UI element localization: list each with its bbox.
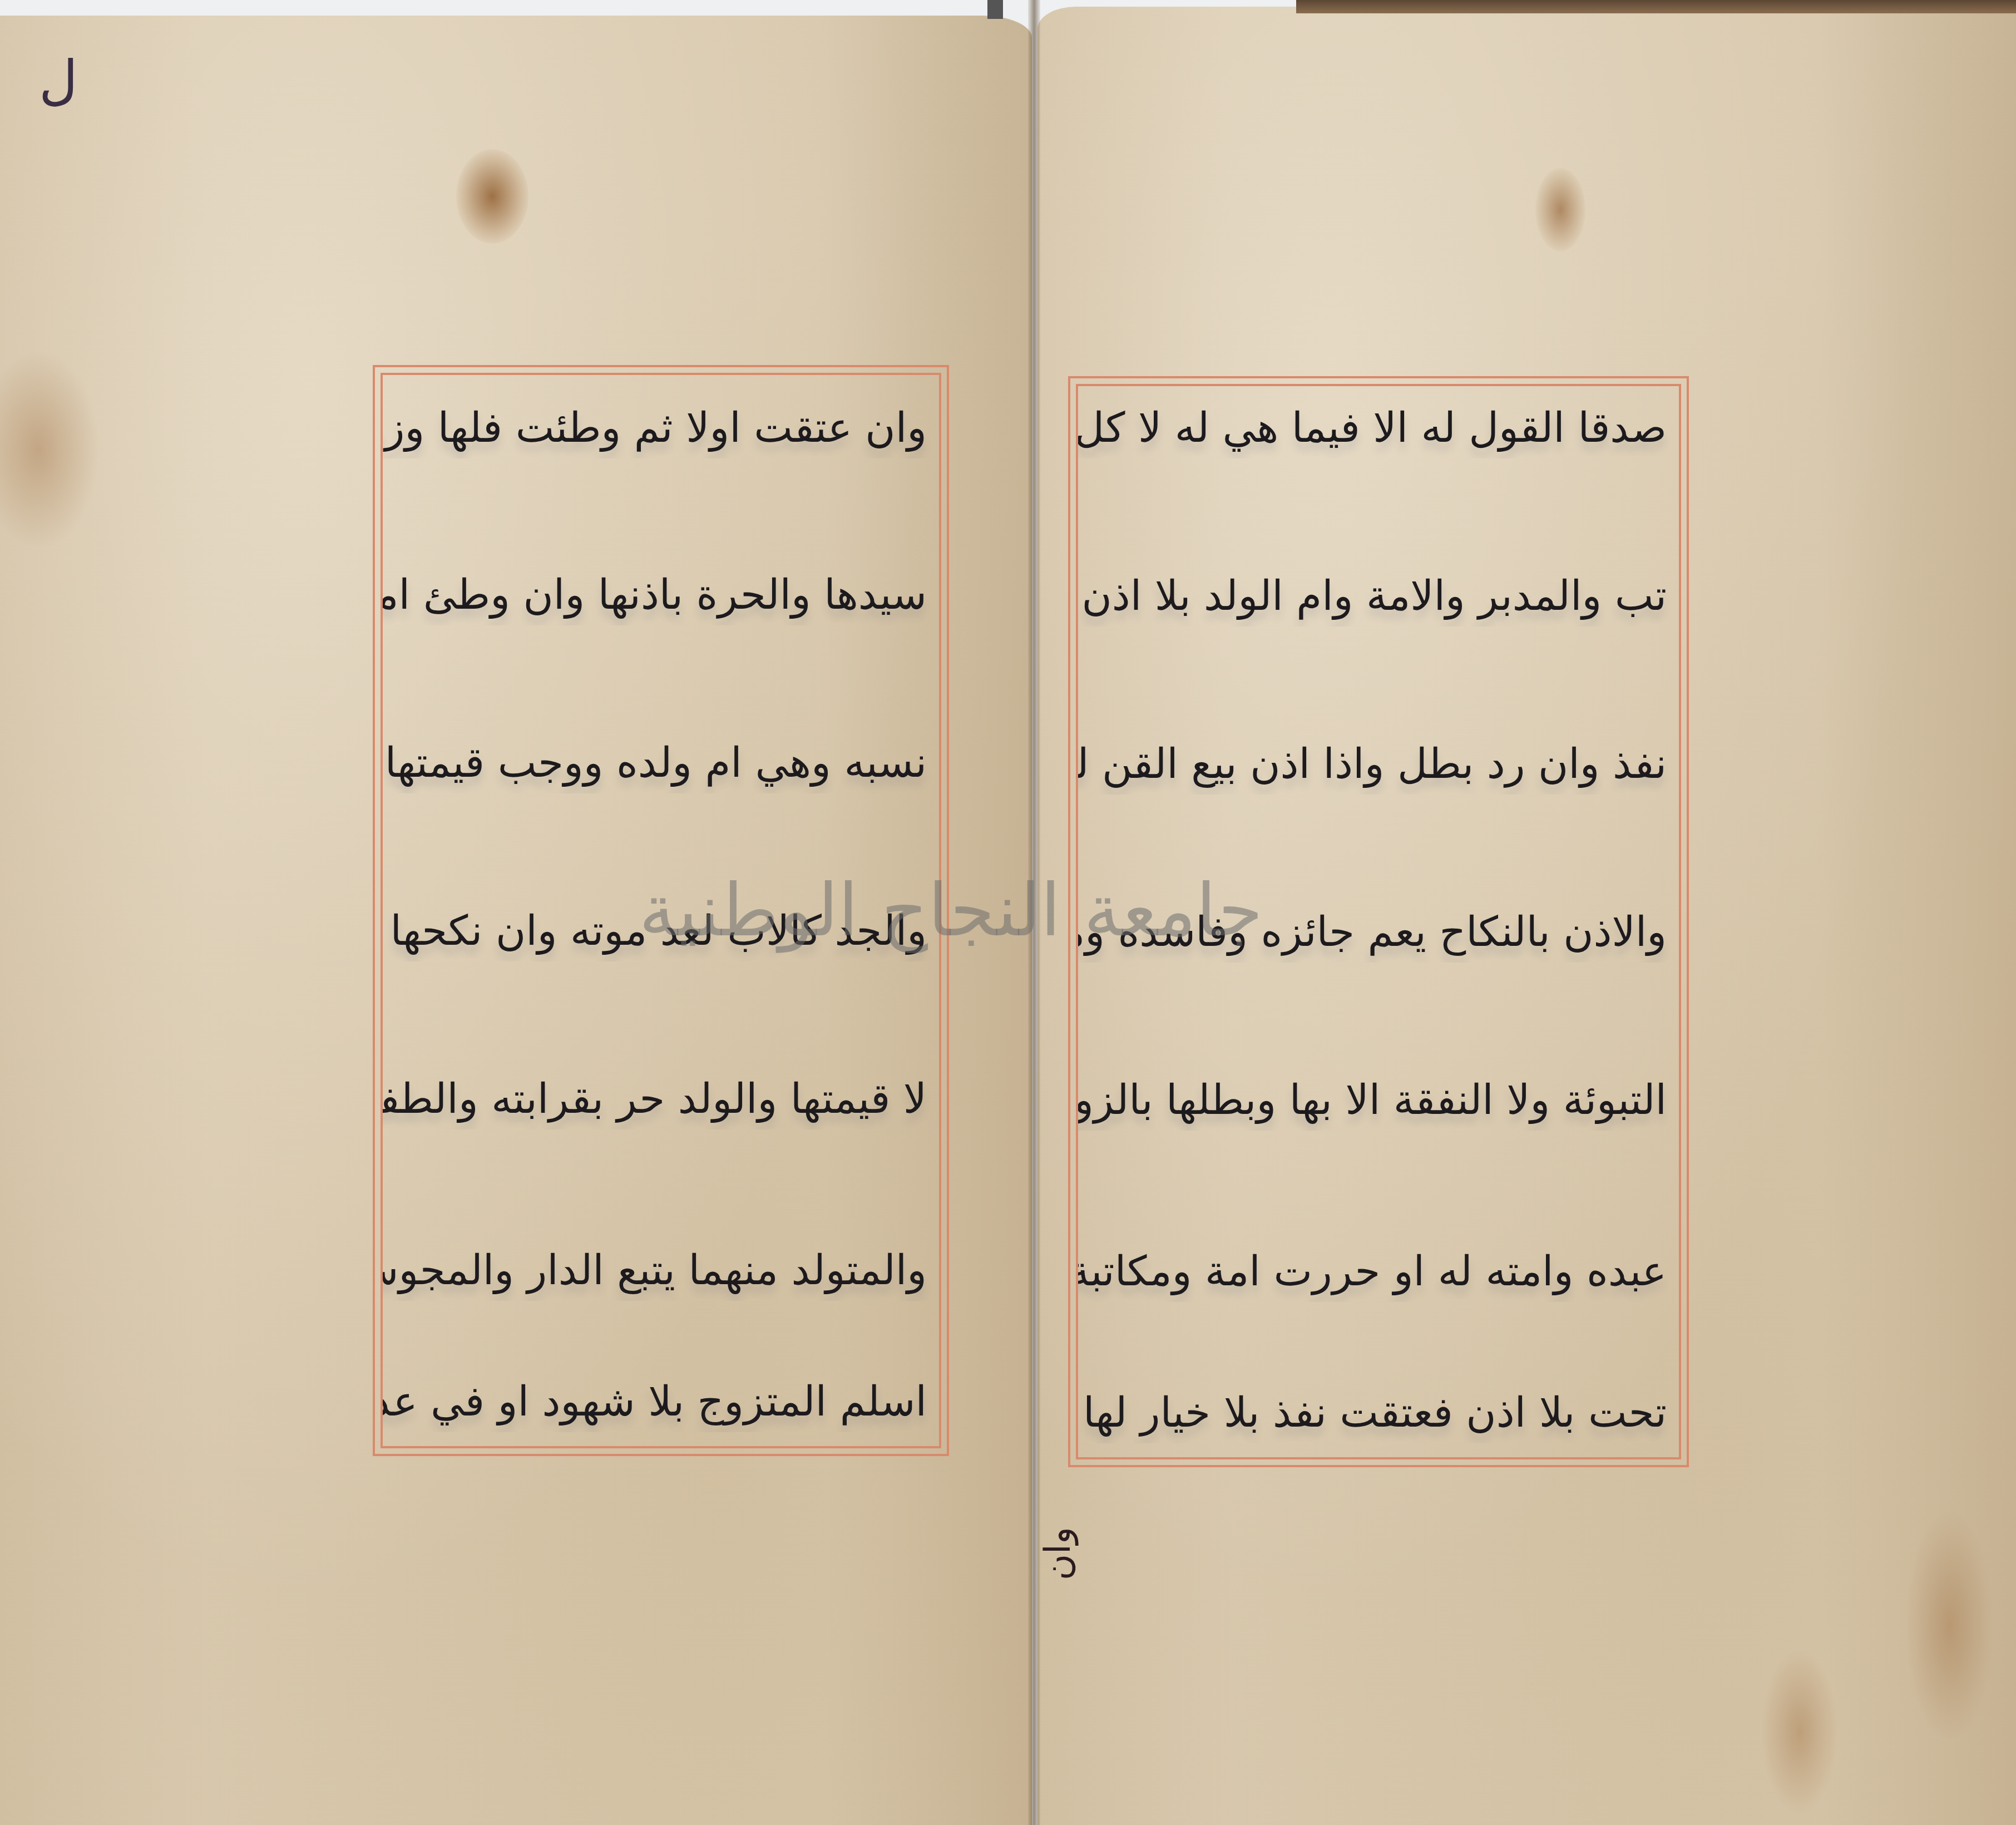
text-line-heading: صدقا القول له الا فيما هي له لا كل فصل ب… [1078,397,1679,458]
text-line: والمتولد منهما يتبع الدار والمجوسي شر من… [383,1240,939,1301]
text-line: تب والمدبر والامة وام الولد بلا اذن السي… [1078,565,1679,627]
stain [1535,168,1585,251]
watermark: جامعة النجاح الوطنية [762,868,1263,953]
text-line: نفذ وان رد بطل واذا اذن بيع القن للمهر ي… [1078,733,1679,795]
book-binding [1296,0,2016,13]
stain [0,349,100,550]
text-line: التبوئة ولا النفقة الا بها وبطلها بالزوج… [1078,1069,1679,1131]
text-line: سيدها والحرة باذنها وان وطئ امة ابنه فول… [383,564,939,625]
stain [456,149,528,244]
text-line: لا قيمتها والولد حر بقرابته والطفل يتبع … [383,1068,939,1129]
text-line: تحت بلا اذن فعتقت نفذ بلا خيار لها وما س… [1078,1382,1679,1443]
folio-mark: ل [39,49,78,111]
text-line: اسلم المتزوج بلا شهود او في عدة كافر معت… [383,1371,939,1432]
text-line: وان عتقت اولا ثم وطئت فلها وزوج الامة لغ… [383,397,939,458]
text-segment: صدقا القول له الا فيما هي له لا كل [1078,404,1667,452]
catchword: وان [1037,1527,1079,1580]
stain [1905,1509,1994,1743]
text-line: نسبه وهي ام ولده ووجب قيمتها لا مهرها ول… [383,732,939,793]
text-line: عبده وامته له او حررت امة ومكاتبة عتقت ت… [1078,1241,1679,1302]
stain [1761,1648,1839,1815]
support-rod [987,0,1003,19]
